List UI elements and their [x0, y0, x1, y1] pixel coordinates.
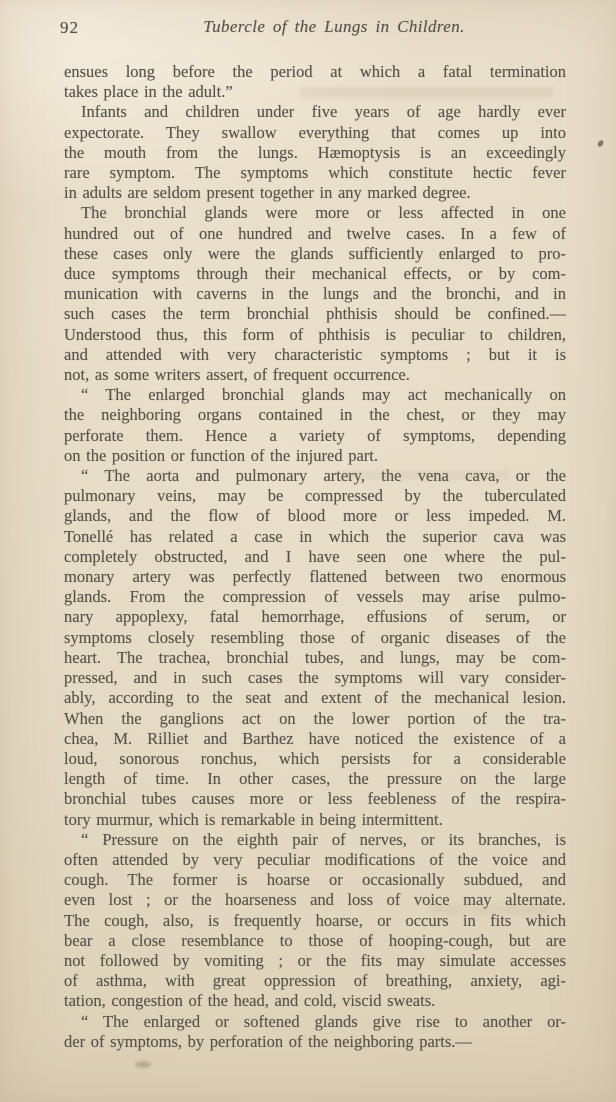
text-line: on the position or function of the injur…: [64, 446, 566, 466]
text-line: chea, M. Rilliet and Barthez have notice…: [64, 729, 566, 749]
text-line: nary appoplexy, fatal hemorrhage, effusi…: [64, 607, 566, 627]
text-line: der of symptoms, by perforation of the n…: [64, 1032, 566, 1052]
text-line: these cases only were the glands suffici…: [64, 244, 566, 264]
text-line: “ The aorta and pulmonary artery, the ve…: [64, 466, 566, 486]
text-line: expectorate. They swallow everything tha…: [64, 123, 566, 143]
text-line: ensues long before the period at which a…: [64, 62, 566, 82]
paragraph: ensues long before the period at which a…: [64, 62, 566, 102]
text-line: ably, according to the seat and extent o…: [64, 688, 566, 708]
text-line: heart. The trachea, bronchial tubes, and…: [64, 648, 566, 668]
paragraph: “ The aorta and pulmonary artery, the ve…: [64, 466, 566, 830]
text-line: The bronchial glands were more or less a…: [64, 203, 566, 223]
text-line: the neighboring organs contained in the …: [64, 405, 566, 425]
text-line: even lost ; or the hoarseness and loss o…: [64, 890, 566, 910]
text-line: monary artery was perfectly flattened be…: [64, 567, 566, 587]
book-page-scan: 92 Tubercle of the Lungs in Children. en…: [0, 0, 616, 1102]
page-header: 92 Tubercle of the Lungs in Children.: [0, 17, 616, 41]
paragraph: “ The enlarged or softened glands give r…: [64, 1012, 566, 1052]
page-number: 92: [60, 18, 79, 38]
text-line: “ Pressure on the eighth pair of nerves,…: [64, 830, 566, 850]
text-line: bear a close resemblance to those of hoo…: [64, 931, 566, 951]
text-line: perforate them. Hence a variety of sympt…: [64, 426, 566, 446]
running-title: Tubercle of the Lungs in Children.: [0, 17, 616, 37]
paper-speck: [597, 139, 604, 147]
text-line: Tonellé has related a case in which the …: [64, 527, 566, 547]
text-line: glands. From the compression of vessels …: [64, 587, 566, 607]
text-line: “ The enlarged or softened glands give r…: [64, 1012, 566, 1032]
text-line: such cases the term bronchial phthisis s…: [64, 304, 566, 324]
text-line: the mouth from the lungs. Hæmoptysis is …: [64, 143, 566, 163]
paragraph: “ The enlarged bronchial glands may act …: [64, 385, 566, 466]
text-line: tation, congestion of the head, and cold…: [64, 991, 566, 1011]
text-line: munication with caverns in the lungs and…: [64, 284, 566, 304]
text-line: often attended by very peculiar modifica…: [64, 850, 566, 870]
text-line: tory murmur, which is remarkable in bein…: [64, 810, 566, 830]
text-line: symptoms closely resembling those of org…: [64, 628, 566, 648]
paper-smudge: [135, 1061, 151, 1068]
text-line: The cough, also, is frequently hoarse, o…: [64, 911, 566, 931]
paragraph: Infants and children under five years of…: [64, 102, 566, 203]
text-line: When the ganglions act on the lower port…: [64, 709, 566, 729]
text-line: cough. The former is hoarse or occasiona…: [64, 870, 566, 890]
text-line: of asthma, with great oppression of brea…: [64, 971, 566, 991]
text-line: duce symptoms through their mechanical e…: [64, 264, 566, 284]
text-line: not followed by vomiting ; or the fits m…: [64, 951, 566, 971]
text-line: not, as some writers assert, of frequent…: [64, 365, 566, 385]
page-body: ensues long before the period at which a…: [64, 62, 566, 1052]
text-line: bronchial tubes causes more or less feeb…: [64, 789, 566, 809]
text-line: in adults are seldom present together in…: [64, 183, 566, 203]
text-line: hundred out of one hundred and twelve ca…: [64, 224, 566, 244]
paragraph: The bronchial glands were more or less a…: [64, 203, 566, 385]
text-line: pulmonary veins, may be compressed by th…: [64, 486, 566, 506]
text-line: completely obstructed, and I have seen o…: [64, 547, 566, 567]
text-line: pressed, and in such cases the symptoms …: [64, 668, 566, 688]
paragraph: “ Pressure on the eighth pair of nerves,…: [64, 830, 566, 1012]
text-line: loud, sonorous ronchus, which persists f…: [64, 749, 566, 769]
text-line: “ The enlarged bronchial glands may act …: [64, 385, 566, 405]
text-line: glands, and the flow of blood more or le…: [64, 506, 566, 526]
text-line: takes place in the adult.”: [64, 82, 566, 102]
text-line: Infants and children under five years of…: [64, 102, 566, 122]
text-line: Understood thus, this form of phthisis i…: [64, 325, 566, 345]
text-line: and attended with very characteristic sy…: [64, 345, 566, 365]
text-line: rare symptom. The symptoms which constit…: [64, 163, 566, 183]
text-line: length of time. In other cases, the pres…: [64, 769, 566, 789]
